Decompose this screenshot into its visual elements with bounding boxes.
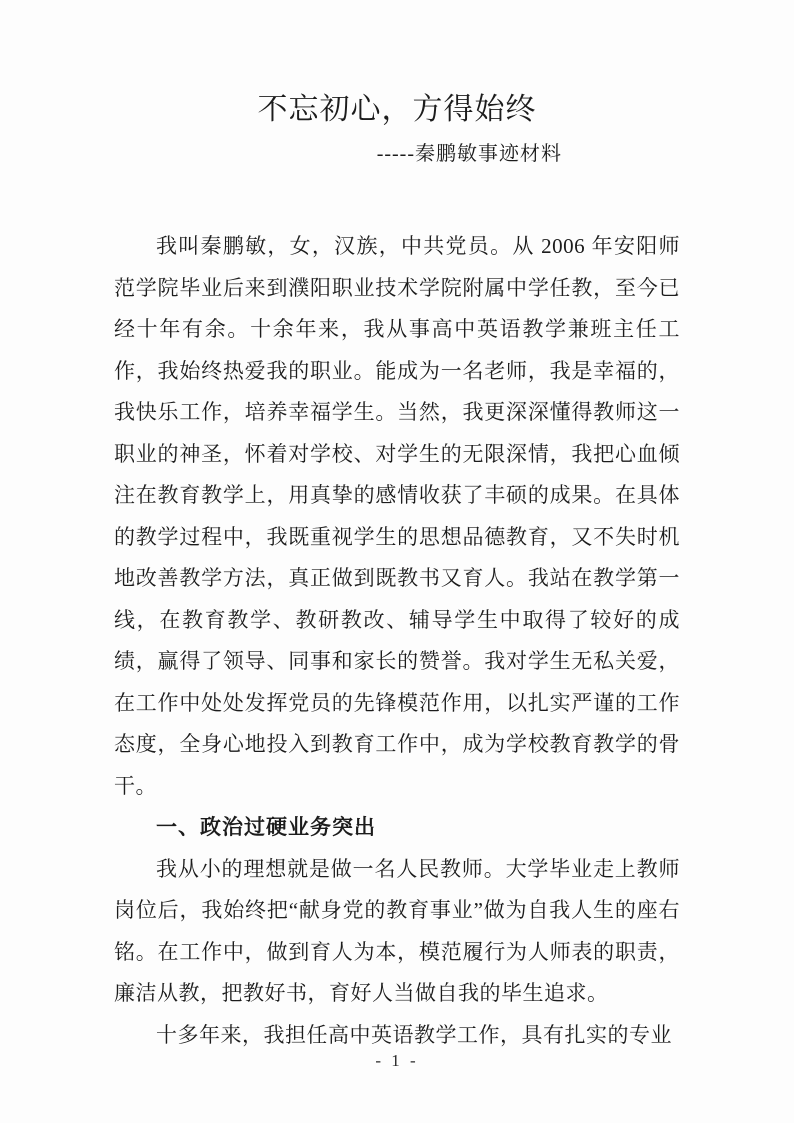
document-subtitle: -----秦鹏敏事迹材料 <box>114 138 680 170</box>
paragraph-intro: 我叫秦鹏敏，女，汉族，中共党员。从 2006 年安阳师范学院毕业后来到濮阳职业技… <box>114 226 680 807</box>
document-body: 我叫秦鹏敏，女，汉族，中共党员。从 2006 年安阳师范学院毕业后来到濮阳职业技… <box>114 226 680 1056</box>
page-number: - 1 - <box>0 1051 794 1071</box>
document-title: 不忘初心，方得始终 <box>114 88 680 132</box>
paragraph-ideal: 我从小的理想就是做一名人民教师。大学毕业走上教师岗位后，我始终把“献身党的教育事… <box>114 849 680 1015</box>
paragraph-teaching-partial: 十多年来，我担任高中英语教学工作，具有扎实的专业 <box>114 1015 680 1057</box>
document-page: 不忘初心，方得始终 -----秦鹏敏事迹材料 我叫秦鹏敏，女，汉族，中共党员。从… <box>0 0 794 1123</box>
section-heading-1: 一、政治过硬业务突出 <box>114 807 680 849</box>
